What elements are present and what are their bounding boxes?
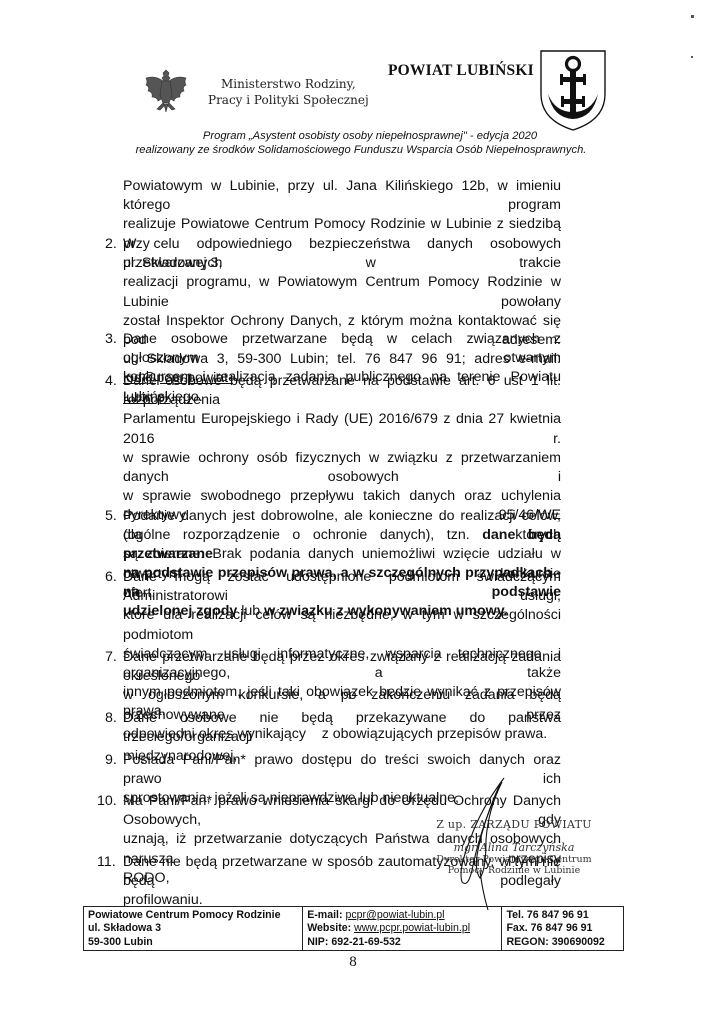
list-number: 9.: [105, 751, 123, 770]
list-number: 5.: [105, 507, 123, 526]
text-line: Dane osobowe przetwarzane będą w celach …: [123, 330, 561, 368]
list-number: 10.: [97, 792, 115, 811]
list-number: 2.: [105, 235, 123, 254]
text-line: Podanie danych jest dobrowolne, ale koni…: [123, 507, 561, 545]
ministry-line-1: Ministerstwo Rodziny,: [208, 76, 369, 92]
program-line-2: realizowany ze środków Solidamościowego …: [0, 143, 722, 157]
county-title: POWIAT LUBIŃSKI: [388, 62, 534, 80]
org-city: 59-300 Lubin: [88, 936, 298, 949]
fax-number: Fax. 76 847 96 91: [506, 922, 619, 935]
org-name: Powiatowe Centrum Pomocy Rodzinie: [88, 909, 298, 922]
text-line: które dla realizacji celów są niezbędne,…: [123, 606, 561, 644]
text-line: Dane osobowe nie będą przekazywane do pa…: [123, 709, 561, 747]
lubin-county-crest-icon: [539, 48, 607, 132]
website-label: Website:: [307, 922, 354, 934]
text-line: realizacji programu, w Powiatowym Centru…: [123, 273, 561, 311]
contact-footer-table: Powiatowe Centrum Pomocy Rodzinie ul. Sk…: [83, 906, 624, 951]
footer-phone-cell: Tel. 76 847 96 91 Fax. 76 847 96 91 REGO…: [502, 907, 623, 950]
scan-artifact: [691, 15, 694, 18]
text-line: Parlamentu Europejskiego i Rady (UE) 201…: [123, 410, 561, 448]
footer-address-cell: Powiatowe Centrum Pomocy Rodzinie ul. Sk…: [84, 907, 303, 950]
text-line: Dane przetwarzane będą przez okres związ…: [123, 648, 561, 686]
polish-eagle-icon: [143, 66, 189, 116]
org-street: ul. Składowa 3: [88, 922, 298, 935]
text-line: Dane mogą zostać udostępnione podmiotom …: [123, 568, 561, 606]
page-number-text: 8: [349, 954, 357, 970]
list-number: 3.: [105, 330, 123, 349]
text-line: Dane osobowe będą przetwarzane na podsta…: [123, 372, 561, 410]
page-number: 8: [0, 954, 722, 971]
website-link[interactable]: www.pcpr.powiat-lubin.pl: [354, 922, 470, 934]
ministry-line-2: Pracy i Polityki Społecznej: [208, 92, 369, 108]
ministry-name: Ministerstwo Rodziny, Pracy i Polityki S…: [208, 76, 369, 108]
program-subtitle: Program „Asystent osobisty osoby niepełn…: [0, 129, 722, 157]
text-line: W celu odpowiedniego bezpieczeństwa dany…: [123, 235, 561, 273]
list-number: 7.: [105, 648, 123, 667]
list-number: 11.: [97, 853, 115, 872]
handwritten-signature-icon: [400, 770, 540, 920]
program-line-1: Program „Asystent osobisty osoby niepełn…: [0, 129, 722, 143]
nip-number: NIP: 692-21-69-532: [307, 936, 497, 949]
list-number: 4.: [105, 372, 123, 391]
footer-online-cell: E-mail: pcpr@powiat-lubin.pl Website: ww…: [303, 907, 502, 950]
scan-artifact: [691, 56, 693, 58]
email-label: E-mail:: [307, 909, 345, 921]
list-number: 8.: [105, 709, 123, 728]
text-line: w sprawie ochrony osób fizycznych w zwią…: [123, 449, 561, 487]
email-link[interactable]: pcpr@powiat-lubin.pl: [345, 909, 444, 921]
phone-number: Tel. 76 847 96 91: [506, 909, 619, 922]
text-line: Powiatowym w Lubinie, przy ul. Jana Kili…: [123, 177, 561, 215]
list-number: 6.: [105, 568, 123, 587]
regon-number: REGON: 390690092: [506, 936, 619, 949]
